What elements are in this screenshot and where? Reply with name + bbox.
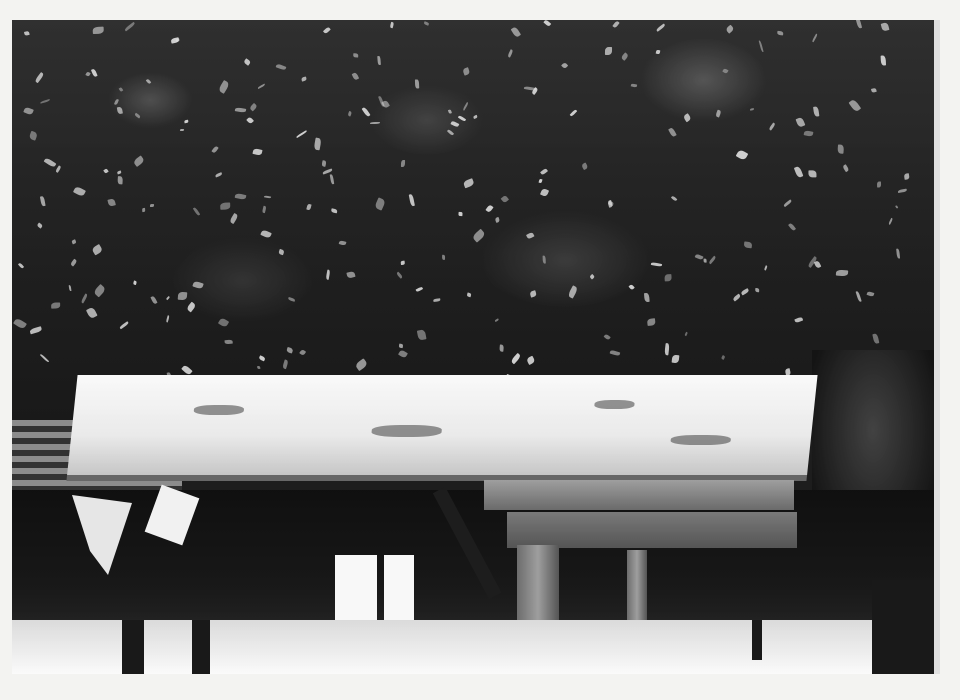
fence-post bbox=[122, 620, 144, 674]
right-shrub bbox=[872, 580, 934, 674]
pale-roof bbox=[66, 375, 817, 481]
lower-beam bbox=[507, 512, 797, 548]
fence-post bbox=[752, 620, 762, 660]
roof-beam bbox=[484, 480, 794, 510]
photograph bbox=[12, 20, 934, 674]
fence-post bbox=[192, 620, 210, 674]
tree-foliage bbox=[12, 20, 934, 420]
scanned-paper bbox=[0, 0, 960, 700]
scan-edge bbox=[934, 20, 940, 674]
hanging-banner bbox=[335, 555, 377, 625]
ground bbox=[12, 620, 934, 674]
